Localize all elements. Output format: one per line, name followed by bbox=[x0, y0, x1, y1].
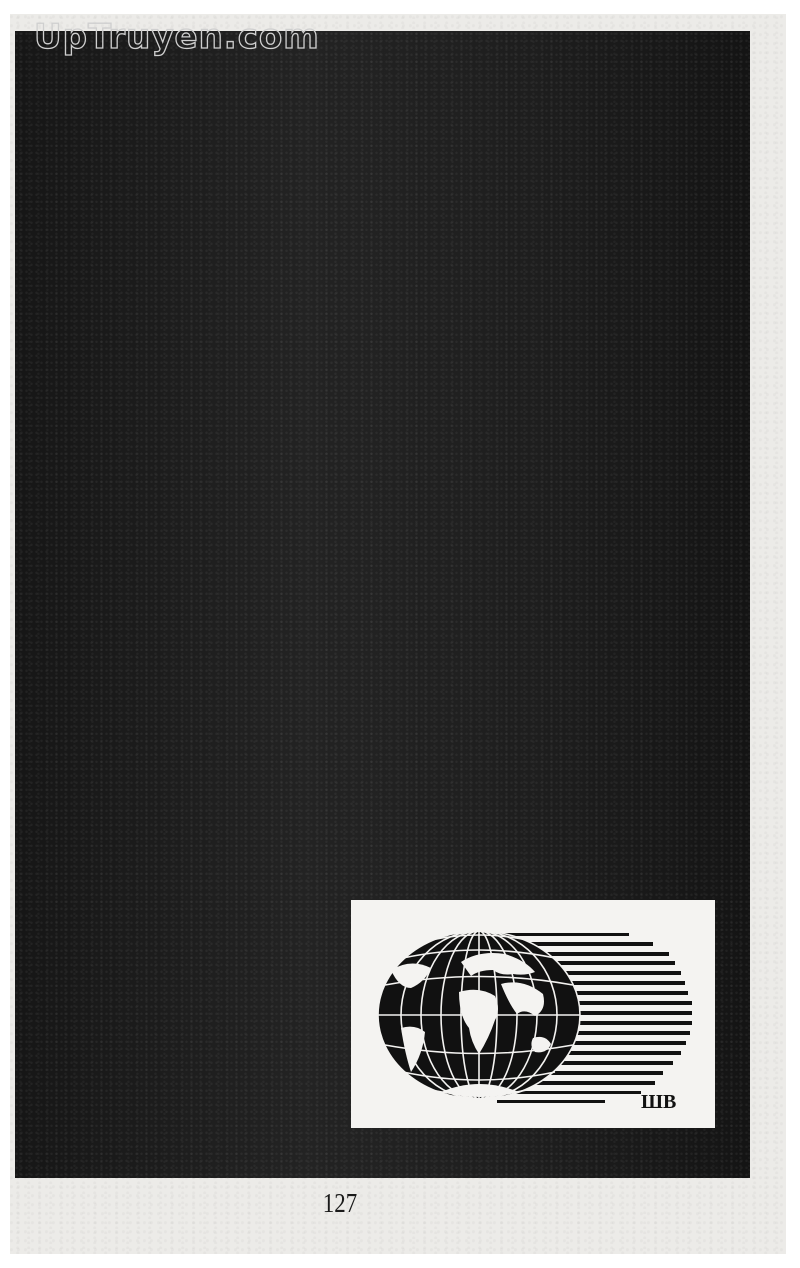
page-number: 127 bbox=[51, 1188, 629, 1219]
publisher-monogram: ШВ bbox=[641, 1091, 676, 1113]
publisher-emblem: ШВ bbox=[351, 900, 715, 1128]
globe-with-speed-lines-icon: ШВ bbox=[351, 900, 715, 1128]
site-watermark: UpTruyen.com bbox=[34, 20, 320, 54]
